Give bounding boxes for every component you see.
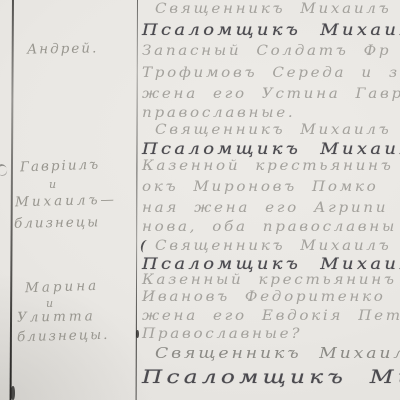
record-line: Казенной крестьянинъ [142, 158, 393, 174]
record-line: Запасный Солдатъ Фр [142, 43, 391, 59]
name-line: Андрей. [27, 40, 99, 57]
middle-column-rule [136, 0, 139, 400]
record-line: Псаломщикъ Михаилъ [142, 254, 400, 273]
record-line: Трофимовъ Середа и за [142, 65, 400, 81]
record-line: Священникъ Михаилъ [155, 344, 400, 362]
record-line: ная жена его Агрипи [142, 200, 388, 216]
name-line: близнецы. [17, 327, 110, 345]
record-line: Псаломщикъ Михаилъ [142, 139, 400, 158]
ink-stroke [139, 239, 151, 254]
left-column-rule [10, 0, 14, 400]
record-line: Православные? [142, 326, 302, 342]
record-line: Псаломщикъ Миха [142, 366, 400, 388]
name-line: Гавріилъ [20, 157, 101, 176]
record-line: окъ Мироновъ Помко [142, 179, 378, 195]
record-line: жена его Устина Гавр [142, 86, 400, 102]
ink-blot [11, 386, 15, 400]
record-line: жена его Евдокія Петр [142, 308, 400, 324]
record-line: Псаломщикъ Михаилъ [142, 20, 400, 39]
name-line: Марина [25, 278, 100, 297]
name-line: и [49, 178, 58, 191]
ink-blot [136, 330, 139, 338]
record-line: Священникъ Михаилъ [155, 238, 391, 254]
record-line: православные. [142, 105, 295, 121]
record-line: Ивановъ Федоритенко и [142, 289, 400, 305]
record-line: Казенный крестьянинъ Д [142, 272, 400, 288]
scanned-register-page: Андрей. Гавріилъ и Михаилъ— близнецы Мар… [0, 0, 400, 400]
record-line: нова, оба православны [142, 219, 397, 235]
ink-smudge [0, 163, 9, 178]
record-line: Священникъ Михаилъ [155, 122, 391, 138]
name-line: близнецы [14, 214, 100, 232]
record-line: Священникъ Михаилъ [155, 1, 391, 17]
name-line: Улитта [17, 308, 96, 325]
name-line: Михаилъ— [15, 192, 117, 211]
